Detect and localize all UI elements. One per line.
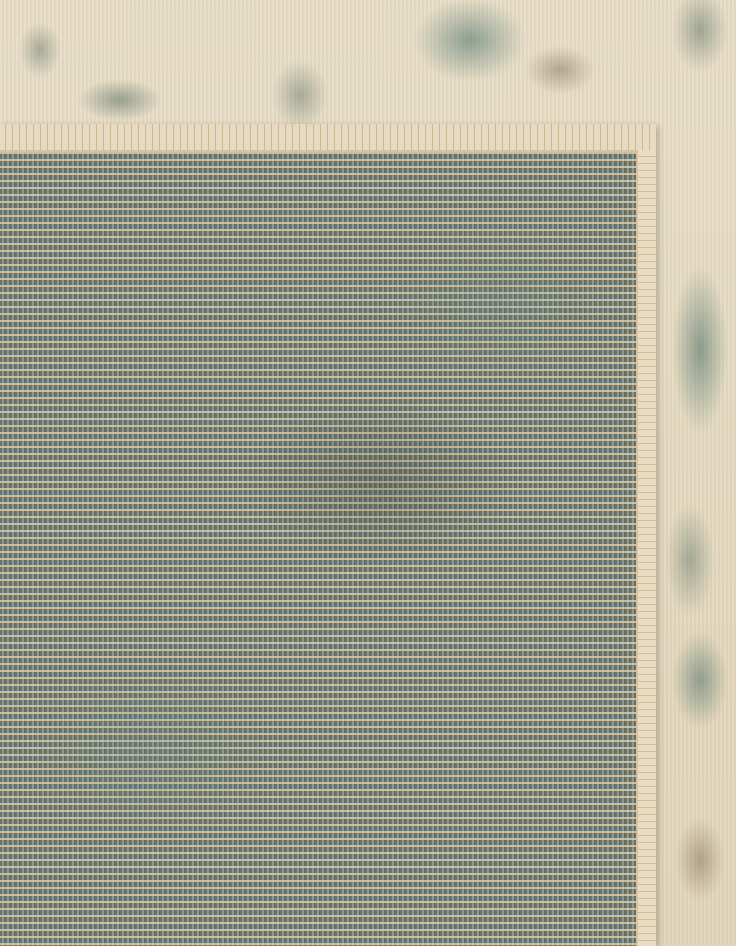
- rug-photo: [0, 0, 736, 946]
- rug-back-corner: [0, 124, 656, 946]
- binding-edge-right: [636, 150, 656, 946]
- binding-edge-top: [0, 124, 656, 152]
- backing-weave: [0, 152, 636, 946]
